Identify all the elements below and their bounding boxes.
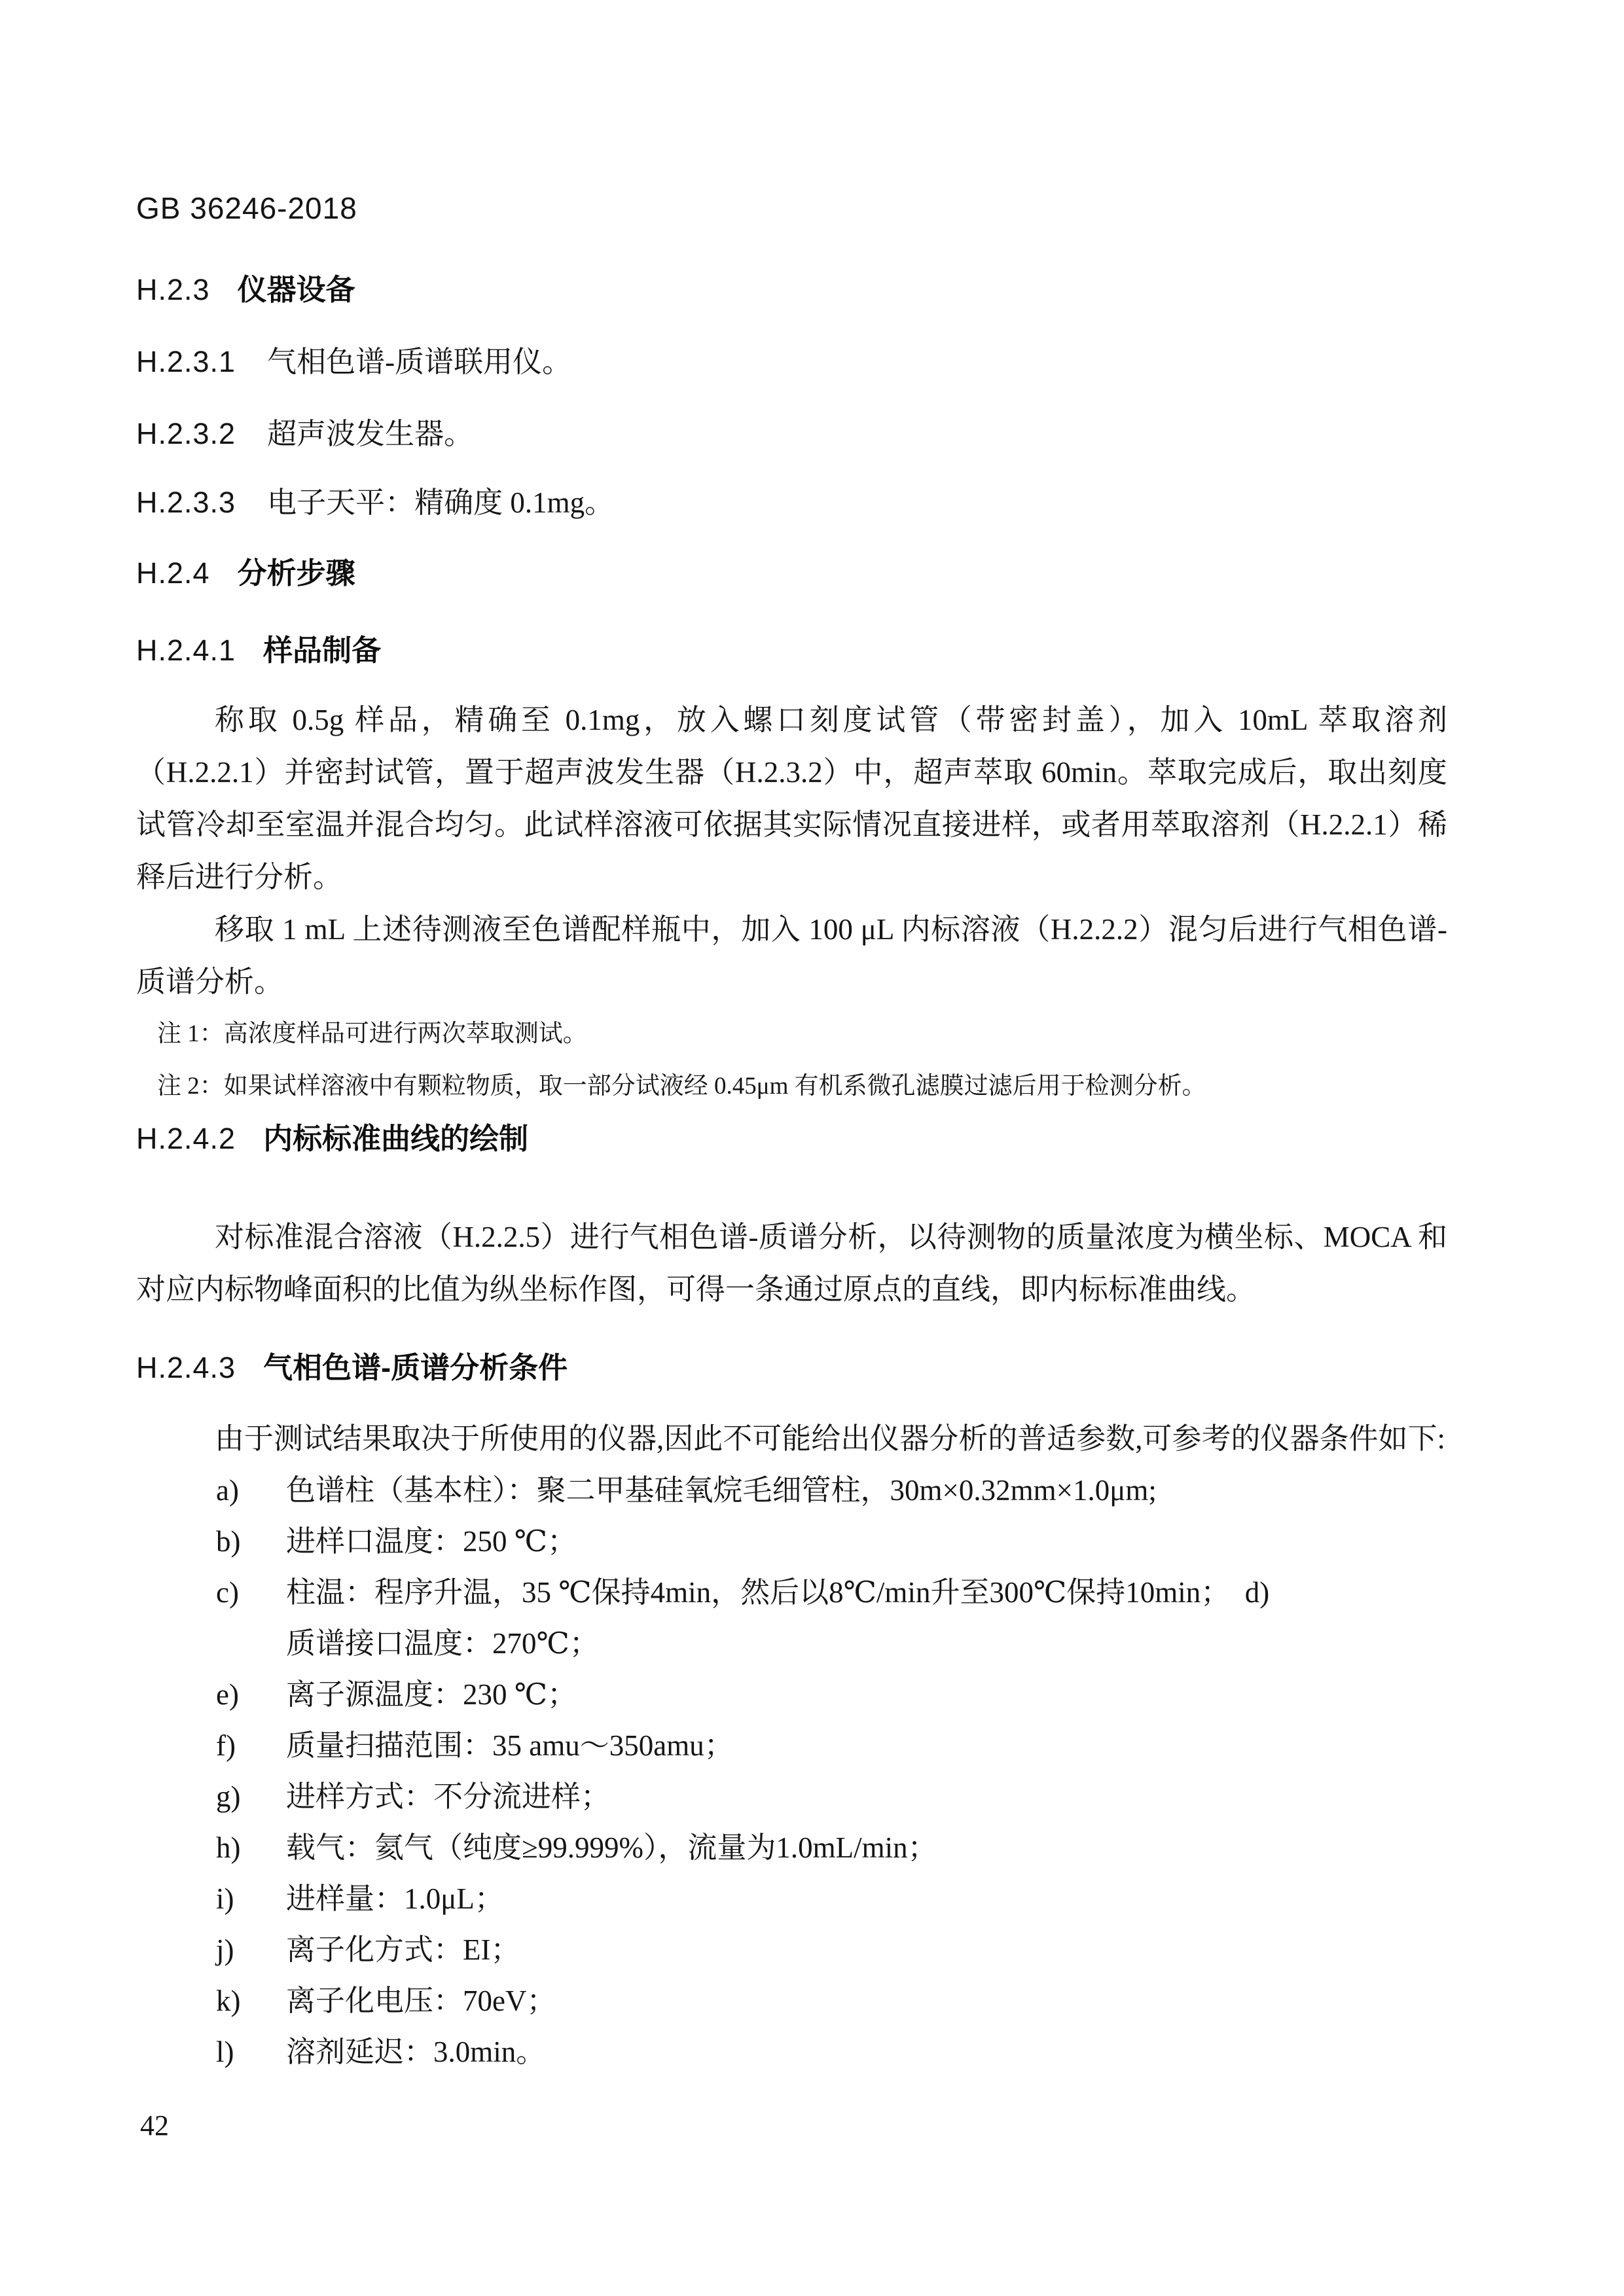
clause-number: H.2.3.3 <box>136 486 236 519</box>
clause-h2-3-3: H.2.3.3电子天平：精确度 0.1mg。 <box>136 486 1447 520</box>
doc-header: GB 36246-2018 <box>136 191 1447 225</box>
item-text: 质谱接口温度：270℃； <box>286 1618 1447 1669</box>
item-label: g) <box>216 1771 286 1822</box>
item-text: 进样量：1.0μL； <box>286 1873 1447 1924</box>
item-text: 离子源温度：230 ℃； <box>286 1669 1447 1720</box>
condition-item-d-continuation: 质谱接口温度：270℃； <box>136 1618 1447 1669</box>
condition-item-l: l)溶剂延迟：3.0min。 <box>136 2026 1447 2077</box>
item-label: l) <box>216 2026 286 2077</box>
heading-title: 内标标准曲线的绘制 <box>263 1122 528 1155</box>
item-text: 载气：氦气（纯度≥99.999%），流量为1.0mL/min； <box>286 1822 1447 1873</box>
heading-title: 分析步骤 <box>238 556 355 590</box>
item-text: 色谱柱（基本柱）：聚二甲基硅氧烷毛细管柱，30m×0.32mm×1.0μm; <box>286 1465 1447 1516</box>
condition-item-h: h)载气：氦气（纯度≥99.999%），流量为1.0mL/min； <box>136 1822 1447 1873</box>
item-label: h) <box>216 1822 286 1873</box>
paragraph-conditions-intro: 由于测试结果取决于所使用的仪器,因此不可能给出仪器分析的普适参数,可参考的仪器条… <box>136 1412 1447 1465</box>
item-text: 进样口温度：250 ℃； <box>286 1516 1447 1567</box>
clause-number: H.2.3 <box>136 273 210 306</box>
heading-title: 仪器设备 <box>238 273 355 306</box>
heading-h2-4: H.2.4分析步骤 <box>136 556 1447 590</box>
item-label <box>216 1618 286 1669</box>
item-label: f) <box>216 1720 286 1771</box>
condition-item-k: k)离子化电压：70eV； <box>136 1975 1447 2026</box>
item-text: 溶剂延迟：3.0min。 <box>286 2026 1447 2077</box>
item-label: i) <box>216 1873 286 1924</box>
clause-number: H.2.4.2 <box>136 1122 236 1155</box>
clause-text: 超声波发生器。 <box>267 418 473 450</box>
document-page: GB 36246-2018 H.2.3仪器设备 H.2.3.1气相色谱-质谱联用… <box>0 0 1624 2296</box>
note-1: 注 1：高浓度样品可进行两次萃取测试。 <box>157 1008 1447 1060</box>
clause-number: H.2.4 <box>136 556 210 590</box>
note-2: 注 2：如果试样溶液中有颗粒物质，取一部分试液经 0.45μm 有机系微孔滤膜过… <box>157 1060 1447 1113</box>
item-text: 柱温：程序升温，35 ℃保持4min，然后以8℃/min升至300℃保持10mi… <box>286 1567 1447 1618</box>
page-number: 42 <box>140 2109 169 2143</box>
condition-item-b: b)进样口温度：250 ℃； <box>136 1516 1447 1567</box>
paragraph-calibration: 对标准混合溶液（H.2.2.5）进行气相色谱-质谱分析，以待测物的质量浓度为横坐… <box>136 1211 1447 1316</box>
condition-item-c: c)柱温：程序升温，35 ℃保持4min，然后以8℃/min升至300℃保持10… <box>136 1567 1447 1618</box>
heading-h2-4-3: H.2.4.3气相色谱-质谱分析条件 <box>136 1351 1447 1385</box>
heading-h2-4-1: H.2.4.1样品制备 <box>136 634 1447 668</box>
condition-item-g: g)进样方式：不分流进样； <box>136 1771 1447 1822</box>
clause-number: H.2.3.1 <box>136 345 236 378</box>
condition-item-f: f)质量扫描范围：35 amu～350amu； <box>136 1720 1447 1771</box>
clause-number: H.2.4.3 <box>136 1351 236 1384</box>
heading-title: 气相色谱-质谱分析条件 <box>263 1351 568 1384</box>
clause-number: H.2.4.1 <box>136 634 236 667</box>
item-label: a) <box>216 1465 286 1516</box>
item-label: b) <box>216 1516 286 1567</box>
condition-item-i: i)进样量：1.0μL； <box>136 1873 1447 1924</box>
clause-number: H.2.3.2 <box>136 417 236 450</box>
item-text: 质量扫描范围：35 amu～350amu； <box>286 1720 1447 1771</box>
condition-list: a)色谱柱（基本柱）：聚二甲基硅氧烷毛细管柱，30m×0.32mm×1.0μm;… <box>136 1465 1447 2077</box>
item-label: j) <box>216 1924 286 1975</box>
condition-item-e: e)离子源温度：230 ℃； <box>136 1669 1447 1720</box>
clause-h2-3-2: H.2.3.2超声波发生器。 <box>136 417 1447 451</box>
item-label: e) <box>216 1669 286 1720</box>
clause-text: 电子天平：精确度 0.1mg。 <box>267 486 614 519</box>
item-text: 离子化方式：EI； <box>286 1924 1447 1975</box>
condition-item-a: a)色谱柱（基本柱）：聚二甲基硅氧烷毛细管柱，30m×0.32mm×1.0μm; <box>136 1465 1447 1516</box>
paragraph-sample-prep-2: 移取 1 mL 上述待测液至色谱配样瓶中，加入 100 μL 内标溶液（H.2.… <box>136 903 1447 1008</box>
item-text: 进样方式：不分流进样； <box>286 1771 1447 1822</box>
condition-item-j: j)离子化方式：EI； <box>136 1924 1447 1975</box>
item-label: k) <box>216 1975 286 2026</box>
heading-title: 样品制备 <box>263 634 381 667</box>
clause-h2-3-1: H.2.3.1气相色谱-质谱联用仪。 <box>136 345 1447 379</box>
item-label: c) <box>216 1567 286 1618</box>
paragraph-sample-prep-1: 称取 0.5g 样品，精确至 0.1mg，放入螺口刻度试管（带密封盖），加入 1… <box>136 694 1447 903</box>
heading-h2-3: H.2.3仪器设备 <box>136 273 1447 307</box>
item-text: 离子化电压：70eV； <box>286 1975 1447 2026</box>
clause-text: 气相色谱-质谱联用仪。 <box>267 346 571 378</box>
heading-h2-4-2: H.2.4.2内标标准曲线的绘制 <box>136 1122 1447 1156</box>
